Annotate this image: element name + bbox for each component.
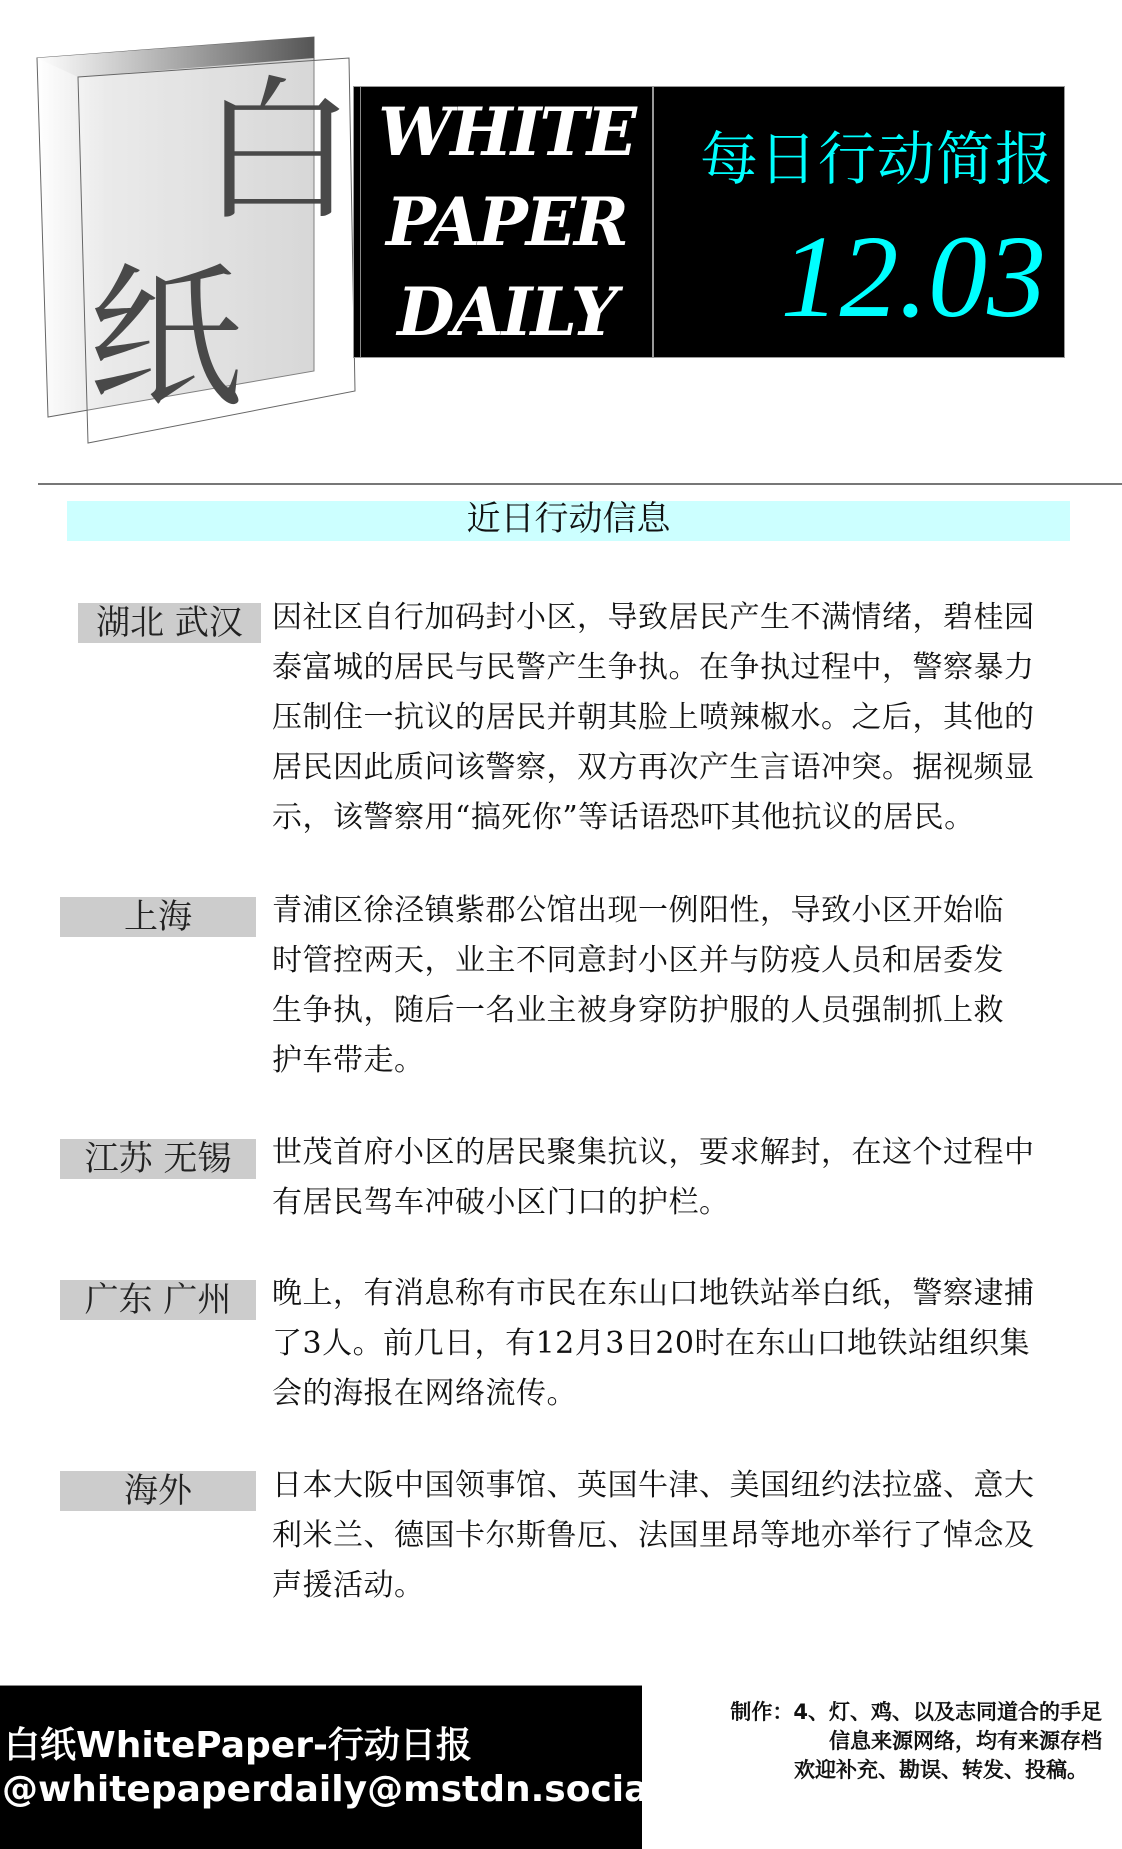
text-line: 利米兰、德国卡尔斯鲁厄、法国里昂等地亦举行了悼念及 (272, 1511, 1072, 1561)
text-line: 示，该警察用“搞死你”等话语恐吓其他抗议的居民。 (272, 793, 1072, 843)
location-label-overseas: 海外 (60, 1471, 256, 1511)
text-line: 有居民驾车冲破小区门口的护栏。 (272, 1178, 1072, 1228)
item-body-overseas: 日本大阪中国领事馆、英国牛津、美国纽约法拉盛、意大 利米兰、德国卡尔斯鲁厄、法国… (272, 1461, 1072, 1611)
text-line: 青浦区徐泾镇紫郡公馆出现一例阳性，导致小区开始临 (272, 886, 1072, 936)
item-body-guangzhou: 晚上，有消息称有市民在东山口地铁站举白纸，警察逮捕 了3人。前几日，有12月3日… (272, 1269, 1072, 1419)
location-label-wuhan: 湖北 武汉 (78, 603, 261, 643)
location-label-guangzhou: 广东 广州 (60, 1280, 256, 1320)
location-label-wuxi: 江苏 无锡 (60, 1139, 256, 1179)
masthead: WHITE PAPER DAILY 每日行动简报 12.03 (353, 86, 1065, 358)
front-paper-sheet (78, 58, 355, 443)
text-line: 了3人。前几日，有12月3日20时在东山口地铁站组织集 (272, 1319, 1072, 1369)
location-label-shanghai: 上海 (60, 897, 256, 937)
credits-line-contribute: 欢迎补充、勘误、转发、投稿。 (632, 1756, 1102, 1785)
title-line-paper: PAPER (364, 177, 649, 267)
credits-line-makers: 制作：4、灯、鸡、以及志同道合的手足 (632, 1698, 1102, 1727)
text-line: 居民因此质问该警察，双方再次产生言语冲突。据视频显 (272, 743, 1072, 793)
text-line: 生争执，随后一名业主被身穿防护服的人员强制抓上救 (272, 986, 1072, 1036)
text-line: 声援活动。 (272, 1561, 1072, 1611)
text-line: 晚上，有消息称有市民在东山口地铁站举白纸，警察逮捕 (272, 1269, 1072, 1319)
title-line-white: WHITE (364, 87, 649, 177)
item-body-shanghai: 青浦区徐泾镇紫郡公馆出现一例阳性，导致小区开始临 时管控两天，业主不同意封小区并… (272, 886, 1072, 1086)
section-heading: 近日行动信息 (67, 497, 1070, 541)
daily-brief-title: 每日行动简报 (654, 127, 1054, 191)
text-line: 时管控两天，业主不同意封小区并与防疫人员和居委发 (272, 936, 1072, 986)
masthead-title: WHITE PAPER DAILY (364, 87, 649, 357)
credits-line-sources: 信息来源网络，均有来源存档 (632, 1727, 1102, 1756)
footer-handle: @whitepaperdaily@mstdn.social (2, 1768, 661, 1812)
issue-date: 12.03 (654, 217, 1046, 337)
white-paper-logo: 白 纸 (0, 0, 380, 460)
text-line: 泰富城的居民与民警产生争执。在争执过程中，警察暴力 (272, 643, 1072, 693)
text-line: 世茂首府小区的居民聚集抗议，要求解封，在这个过程中 (272, 1128, 1072, 1178)
text-line: 会的海报在网络流传。 (272, 1369, 1072, 1419)
text-line: 因社区自行加码封小区，导致居民产生不满情绪，碧桂园 (272, 593, 1072, 643)
item-body-wuxi: 世茂首府小区的居民聚集抗议，要求解封，在这个过程中 有居民驾车冲破小区门口的护栏… (272, 1128, 1072, 1228)
item-body-wuhan: 因社区自行加码封小区，导致居民产生不满情绪，碧桂园 泰富城的居民与民警产生争执。… (272, 593, 1072, 843)
masthead-inner-line (360, 87, 361, 357)
text-line: 压制住一抗议的居民并朝其脸上喷辣椒水。之后，其他的 (272, 693, 1072, 743)
footer-brand: 白纸WhitePaper-行动日报 (4, 1724, 472, 1768)
text-line: 护车带走。 (272, 1036, 1072, 1086)
text-line: 日本大阪中国领事馆、英国牛津、美国纽约法拉盛、意大 (272, 1461, 1072, 1511)
footer-credits: 制作：4、灯、鸡、以及志同道合的手足 信息来源网络，均有来源存档 欢迎补充、勘误… (632, 1698, 1102, 1785)
title-line-daily: DAILY (364, 267, 649, 357)
horizontal-rule (38, 483, 1122, 485)
